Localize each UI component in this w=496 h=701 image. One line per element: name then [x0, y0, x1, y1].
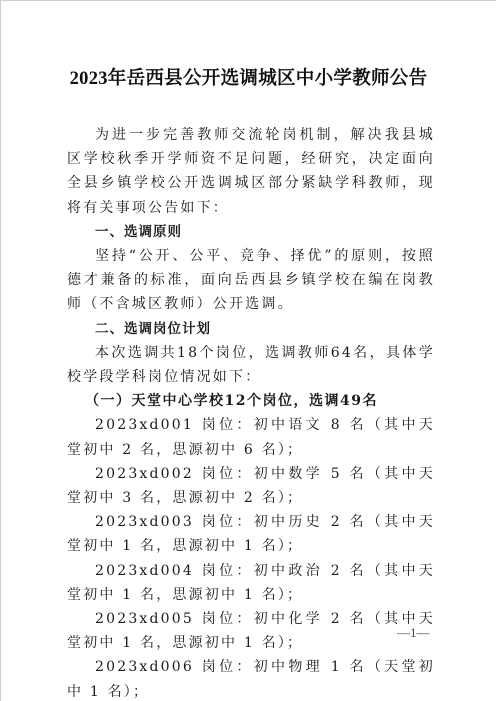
section-heading-plan: 二、选调岗位计划 — [67, 317, 435, 341]
plan-paragraph: 本次选调共18个岗位，选调教师64名，具体学校学段学科岗位情况如下： — [67, 341, 435, 389]
position-item: 2023xd001 岗位：初中语文 8 名（其中天堂初中 2 名，思源初中 6 … — [67, 413, 435, 461]
subsection-heading-tiantang: （一）天堂中心学校12个岗位，选调49名 — [67, 389, 435, 413]
position-item: 2023xd002 岗位：初中数学 5 名（其中天堂初中 3 名，思源初中 2 … — [67, 462, 435, 510]
position-item: 2023xd003 岗位：初中历史 2 名（其中天堂初中 1 名，思源初中 1 … — [67, 510, 435, 558]
intro-paragraph: 为进一步完善教师交流轮岗机制，解决我县城区学校秋季开学师资不足问题，经研究，决定… — [67, 123, 435, 220]
page-number: —1— — [397, 625, 430, 641]
position-item: 2023xd004 岗位：初中政治 2 名（其中天堂初中 1 名，思源初中 1 … — [67, 559, 435, 607]
document-title: 2023年岳西县公开选调城区中小学教师公告 — [1, 64, 496, 90]
document-body: 为进一步完善教师交流轮岗机制，解决我县城区学校秋季开学师资不足问题，经研究，决定… — [67, 123, 435, 701]
principles-paragraph: 坚持“公开、公平、竞争、择优”的原则，按照德才兼备的标准，面向岳西县乡镇学校在编… — [67, 244, 435, 317]
section-heading-principles: 一、选调原则 — [67, 220, 435, 244]
position-item: 2023xd006 岗位：初中物理 1 名（天堂初中 1 名）； — [67, 655, 435, 701]
document-page: 2023年岳西县公开选调城区中小学教师公告 为进一步完善教师交流轮岗机制，解决我… — [0, 0, 496, 701]
position-item: 2023xd005 岗位：初中化学 2 名（其中天堂初中 1 名，思源初中 1 … — [67, 607, 435, 655]
